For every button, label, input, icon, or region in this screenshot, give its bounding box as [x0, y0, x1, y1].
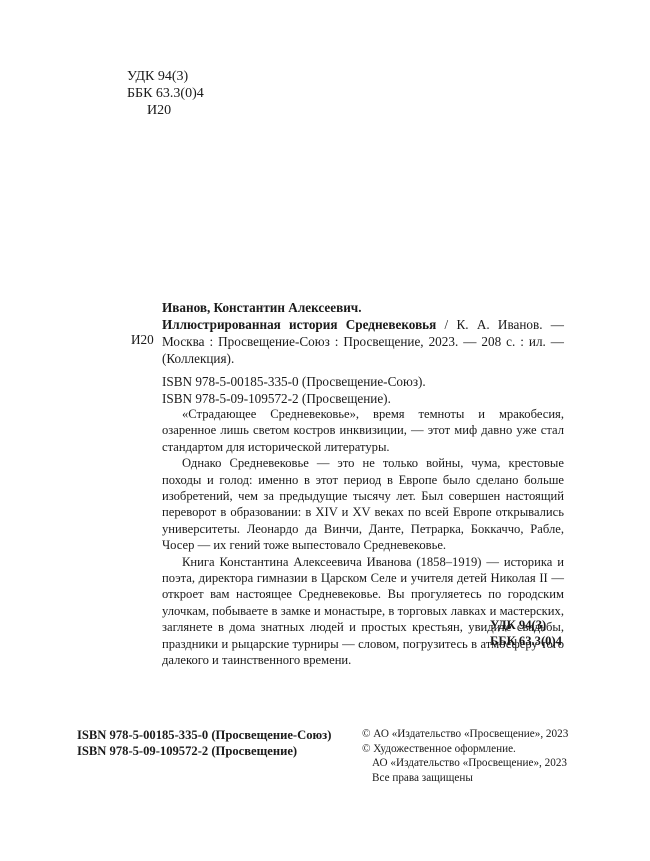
- biblio-title-line: Иллюстрированная история Средневековья /…: [162, 316, 564, 333]
- biblio-responsibility: / К. А. Иванов. —: [436, 317, 564, 332]
- annotation-paragraph: Однако Средневековье — это не только вой…: [162, 455, 564, 553]
- udk-code: УДК 94(3): [127, 68, 204, 85]
- biblio-isbn: ISBN 978-5-00185-335-0 (Просвещение-Союз…: [162, 373, 564, 390]
- copyright-line: АО «Издательство «Просвещение», 2023: [362, 756, 568, 771]
- biblio-isbn-list: ISBN 978-5-00185-335-0 (Просвещение-Союз…: [162, 373, 564, 407]
- copyright-line: © АО «Издательство «Просвещение», 2023: [362, 727, 568, 742]
- annotation-paragraph: «Страдающее Средневековье», время темнот…: [162, 406, 564, 455]
- bbk-code: ББК 63.3(0)4: [127, 85, 204, 102]
- biblio-author-sign: И20: [131, 331, 154, 348]
- bbk-code: ББК 63.3(0)4: [490, 633, 562, 649]
- bibliographic-record: Иванов, Константин Алексеевич. Иллюстрир…: [162, 299, 564, 407]
- isbn-line: ISBN 978-5-00185-335-0 (Просвещение-Союз…: [77, 727, 331, 743]
- biblio-title: Иллюстрированная история Средневековья: [162, 317, 436, 332]
- author-sign-code: И20: [127, 102, 204, 119]
- copyright-line: © Художественное оформление.: [362, 742, 568, 757]
- biblio-author: Иванов, Константин Алексеевич.: [162, 299, 564, 316]
- copyright-block: © АО «Издательство «Просвещение», 2023 ©…: [362, 727, 568, 785]
- udk-code: УДК 94(3): [490, 617, 562, 633]
- isbn-footer: ISBN 978-5-00185-335-0 (Просвещение-Союз…: [77, 727, 331, 759]
- biblio-isbn: ISBN 978-5-09-109572-2 (Просвещение).: [162, 390, 564, 407]
- classification-codes-top: УДК 94(3) ББК 63.3(0)4 И20: [127, 68, 204, 119]
- biblio-publication: Москва : Просвещение-Союз : Просвещение,…: [162, 333, 564, 350]
- classification-codes-bottom: УДК 94(3) ББК 63.3(0)4: [490, 617, 562, 649]
- isbn-line: ISBN 978-5-09-109572-2 (Просвещение): [77, 743, 331, 759]
- annotation-paragraph: Книга Константина Алексеевича Иванова (1…: [162, 554, 564, 669]
- biblio-series: (Коллекция).: [162, 350, 564, 367]
- rights-reserved: Все права защищены: [362, 771, 568, 786]
